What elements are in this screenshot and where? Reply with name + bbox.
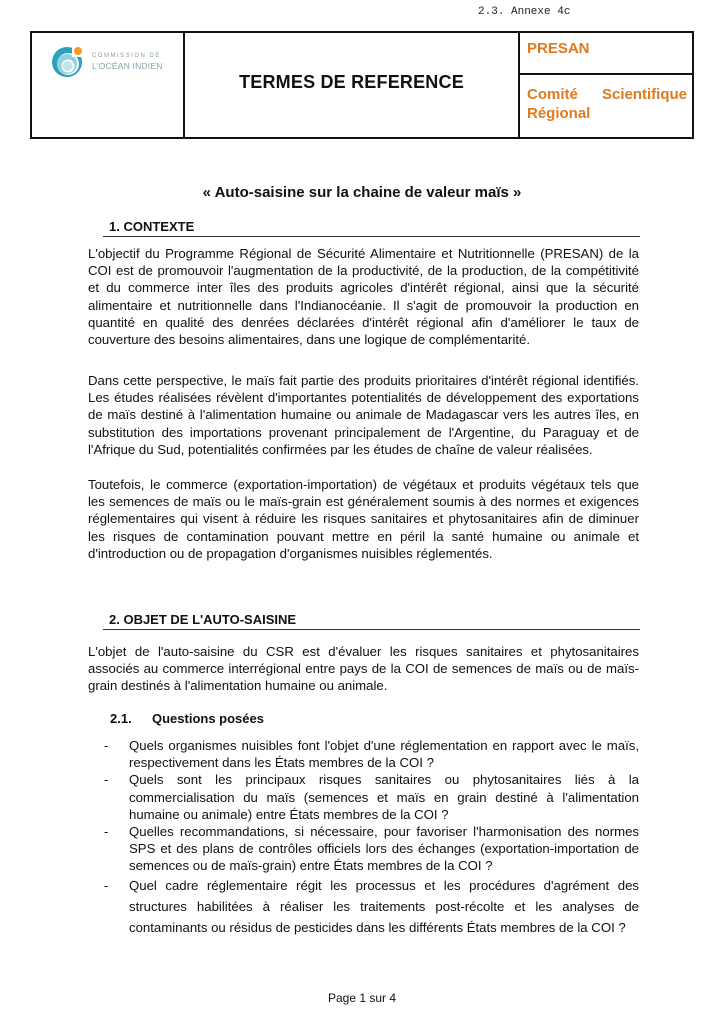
bullet-dash: -: [104, 875, 108, 896]
coi-logo-icon: [50, 43, 86, 79]
subsection-number: 2.1.: [110, 711, 152, 726]
committee-name: Comité Scientifique Régional: [527, 85, 687, 123]
program-cell: PRESAN Comité Scientifique Régional: [519, 33, 692, 137]
question-text: Quelles recommandations, si nécessaire, …: [129, 824, 639, 873]
question-text: Quels organismes nuisibles font l'objet …: [129, 738, 639, 770]
subsection-title: Questions posées: [152, 711, 264, 726]
bullet-dash: -: [104, 771, 108, 788]
list-item: -Quels sont les principaux risques sanit…: [104, 771, 639, 823]
header-title: TERMES DE REFERENCE: [239, 72, 464, 93]
question-text: Quel cadre réglementaire régit les proce…: [129, 878, 639, 935]
title-cell: TERMES DE REFERENCE: [185, 33, 520, 137]
annex-label: 2.3. Annexe 4c: [478, 6, 570, 18]
header-table: COMMISSION DE L'OCÉAN INDIEN TERMES DE R…: [30, 31, 694, 139]
coi-logo: COMMISSION DE L'OCÉAN INDIEN: [50, 43, 163, 79]
list-item: -Quelles recommandations, si nécessaire,…: [104, 823, 639, 875]
document-title: « Auto-saisine sur la chaine de valeur m…: [0, 184, 724, 201]
page-number: Page 1 sur 4: [0, 991, 724, 1005]
bullet-dash: -: [104, 737, 108, 754]
subsection-heading-questions: 2.1.Questions posées: [110, 711, 264, 726]
bullet-dash: -: [104, 823, 108, 840]
list-item: -Quels organismes nuisibles font l'objet…: [104, 737, 639, 771]
program-name: PRESAN: [527, 39, 692, 58]
logo-cell: COMMISSION DE L'OCÉAN INDIEN: [32, 33, 185, 137]
section-heading-contexte: 1. CONTEXTE: [103, 219, 640, 237]
logo-line2: L'OCÉAN INDIEN: [92, 61, 163, 71]
section-heading-objet: 2. OBJET DE L'AUTO-SAISINE: [103, 612, 640, 630]
list-item: -Quel cadre réglementaire régit les proc…: [104, 875, 639, 938]
questions-list: -Quels organismes nuisibles font l'objet…: [104, 737, 639, 938]
paragraph: L'objet de l'auto-saisine du CSR est d'é…: [88, 643, 639, 695]
paragraph: Dans cette perspective, le maïs fait par…: [88, 372, 639, 458]
paragraph: Toutefois, le commerce (exportation-impo…: [88, 476, 639, 562]
logo-line1: COMMISSION DE: [92, 51, 163, 61]
paragraph: L'objectif du Programme Régional de Sécu…: [88, 245, 639, 348]
question-text: Quels sont les principaux risques sanita…: [129, 772, 639, 821]
